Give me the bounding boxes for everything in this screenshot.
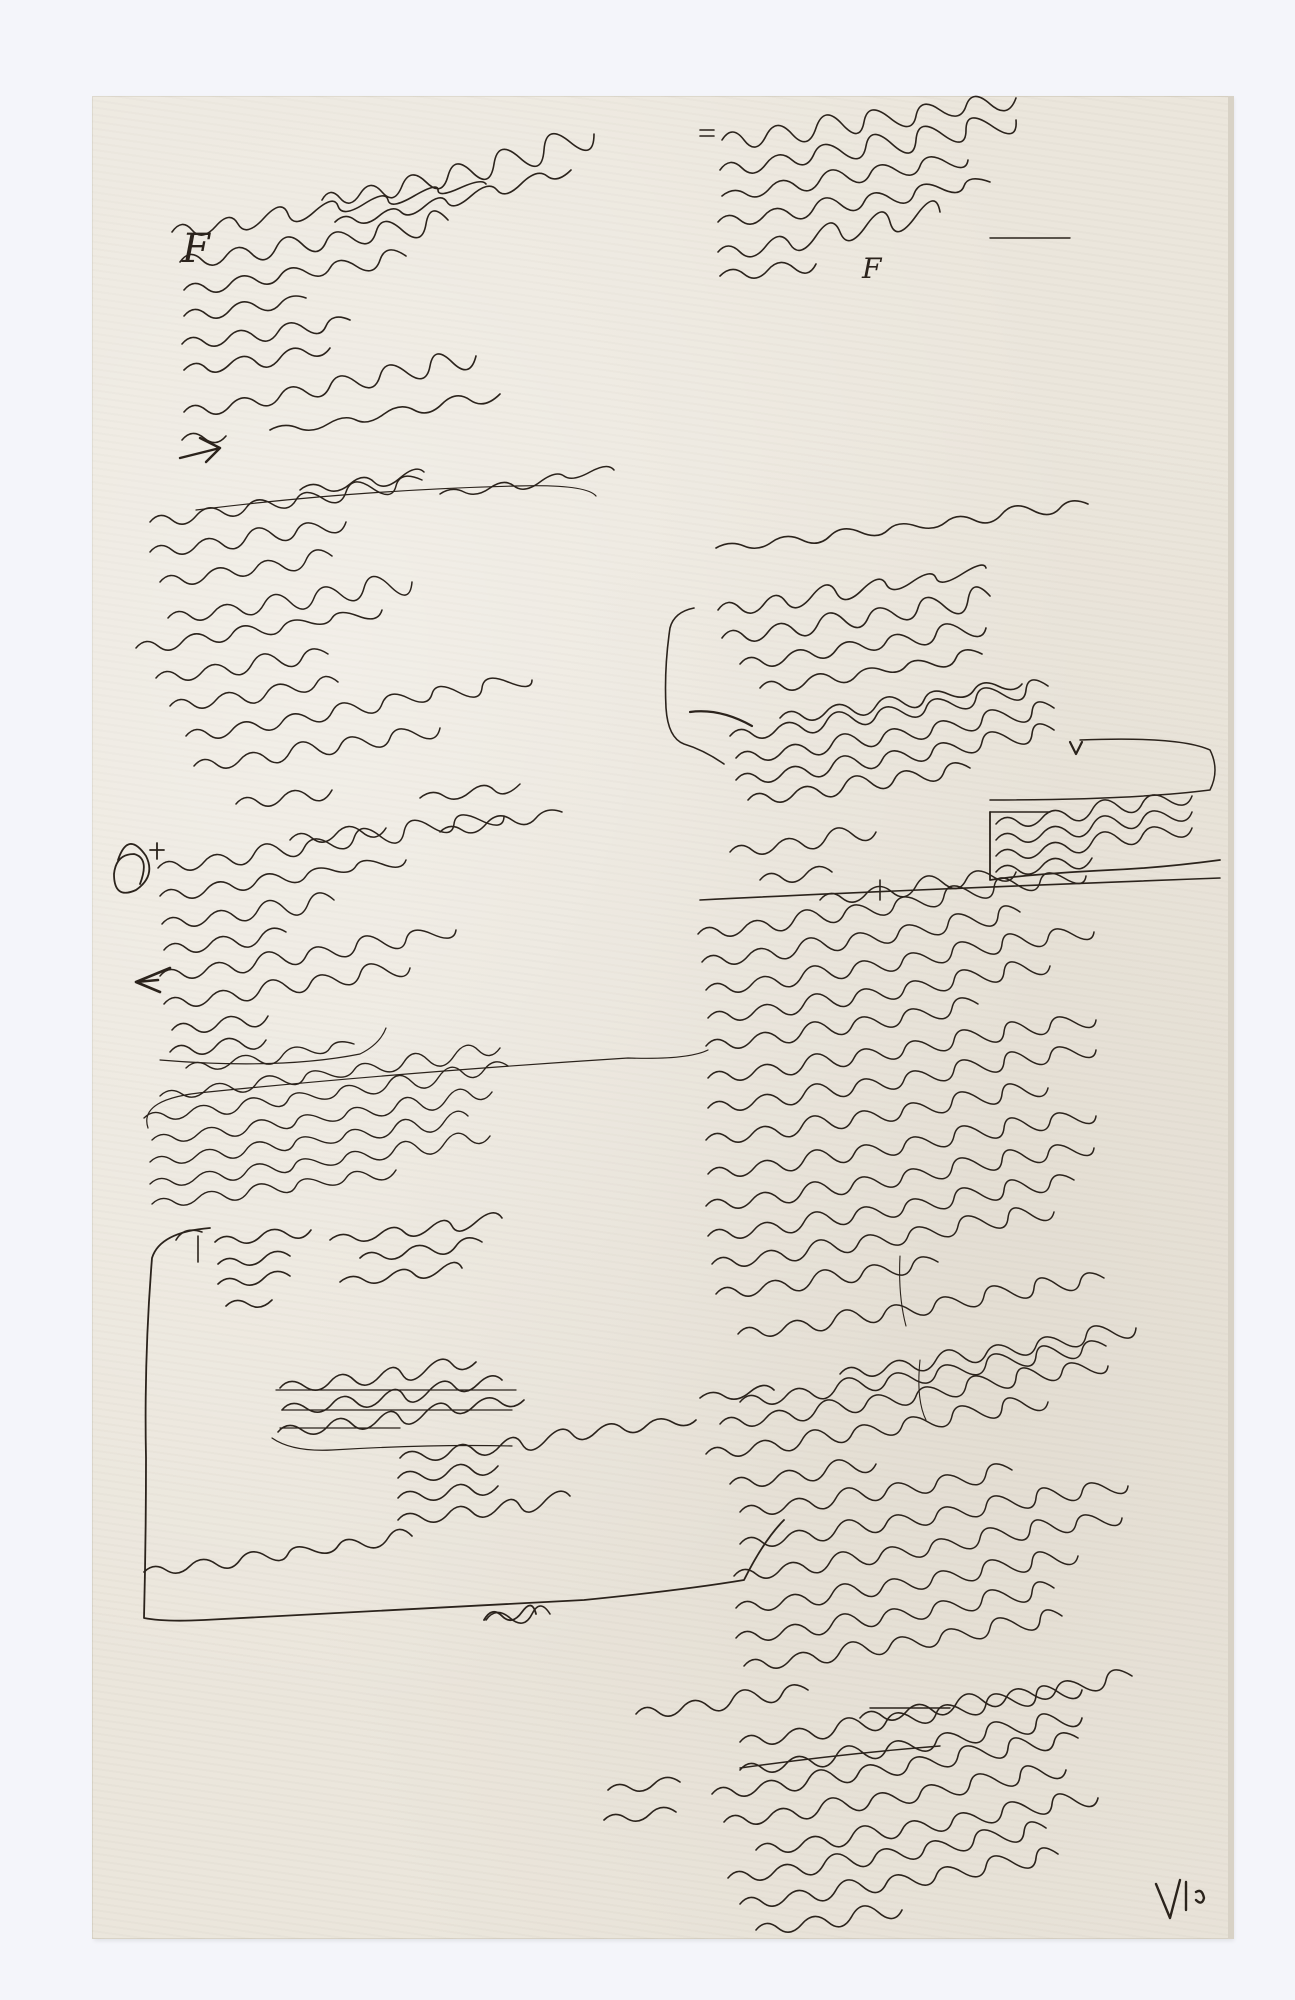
left-paragraph-1-ink — [172, 182, 500, 462]
heading-letter-f: F — [182, 226, 210, 272]
right-small-box-ink — [700, 795, 1220, 900]
left-large-box-ink — [144, 1213, 784, 1623]
bottom-right-paragraph-ink — [604, 1670, 1132, 1932]
left-paragraph-3-ink — [158, 815, 504, 1064]
top-heading-ink — [322, 134, 594, 224]
signature-mark-ink — [1156, 1880, 1204, 1918]
handwriting-layer — [0, 0, 1295, 2000]
right-letter-f: F — [862, 252, 881, 285]
top-right-paragraph-ink — [700, 96, 1070, 278]
right-boxed-paragraph-ink — [666, 501, 1216, 802]
right-main-paragraph-ink — [698, 871, 1136, 1668]
left-paragraph-2-ink — [136, 466, 614, 842]
left-loop-paragraph-ink — [144, 1042, 708, 1205]
